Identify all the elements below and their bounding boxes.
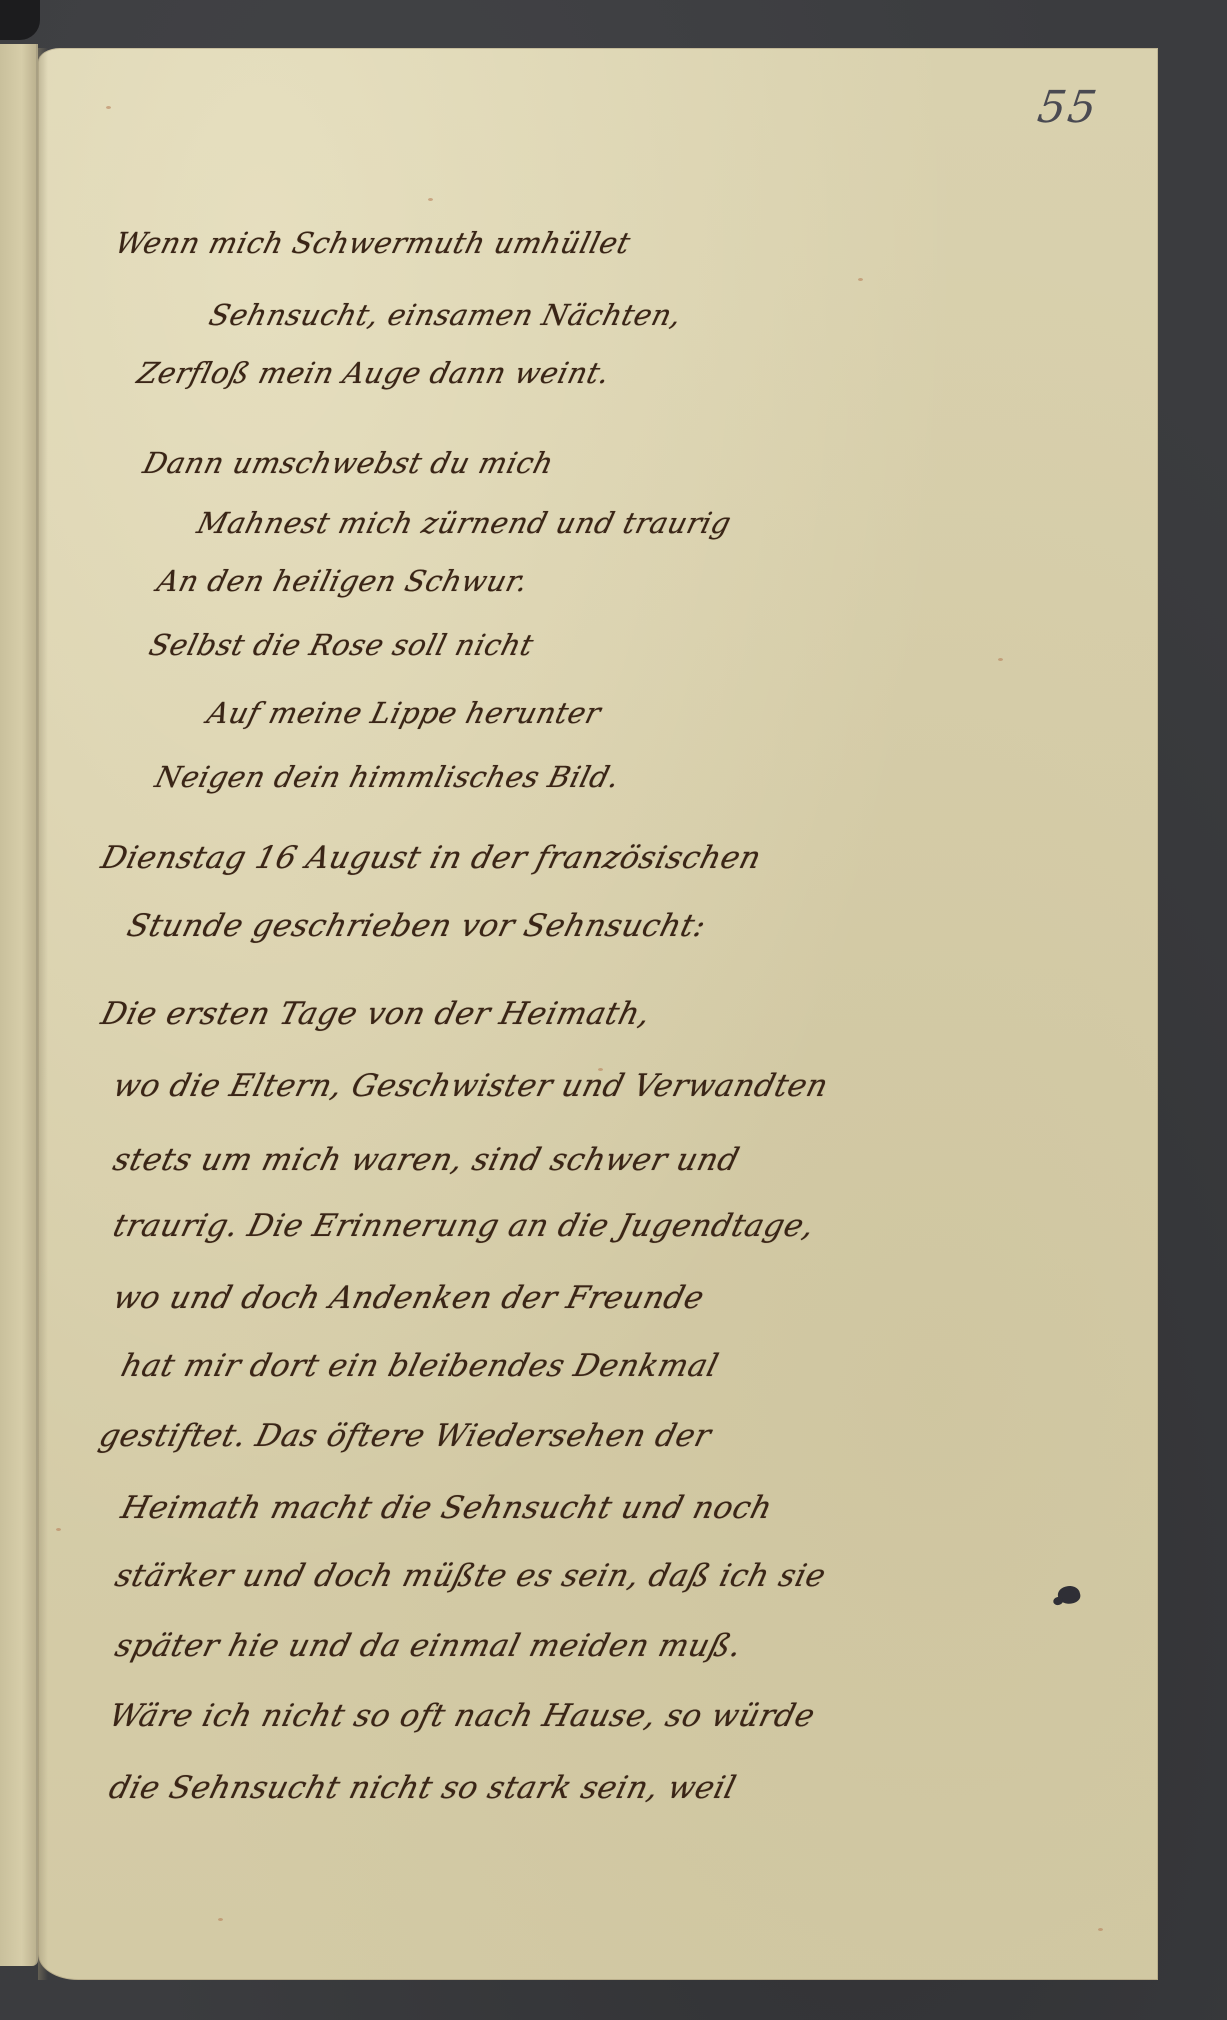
page-number: 55 — [1034, 82, 1101, 133]
entry-body-line: später hie und da einmal meiden muß. — [112, 1628, 746, 1664]
entry-body-line: stärker und doch müßte es sein, daß ich … — [112, 1558, 830, 1594]
entry-body-line: wo und doch Andenken der Freunde — [110, 1280, 708, 1316]
foxing-spot — [998, 658, 1003, 661]
entry-body-line: traurig. Die Erinnerung an die Jugendtag… — [110, 1208, 819, 1244]
foxing-spot — [218, 1918, 223, 1921]
poem-line: Wenn mich Schwermuth umhüllet — [112, 226, 634, 260]
foxing-spot — [106, 106, 111, 109]
binding-clip — [0, 0, 40, 40]
entry-heading-line: Stunde geschrieben vor Sehnsucht: — [124, 908, 710, 944]
entry-body-line: die Sehnsucht nicht so stark sein, weil — [106, 1770, 740, 1806]
entry-body-line: wo die Eltern, Geschwister und Verwandte… — [110, 1068, 832, 1104]
entry-body-line: Die ersten Tage von der Heimath, — [98, 996, 655, 1032]
entry-body-line: Wäre ich nicht so oft nach Hause, so wür… — [106, 1698, 819, 1734]
page-shadow-edge — [38, 48, 48, 1980]
ink-blot — [1056, 1583, 1082, 1606]
entry-heading-line: Dienstag 16 August in der französischen — [98, 840, 765, 876]
poem-line: Zerfloß mein Auge dann weint. — [134, 356, 614, 390]
previous-page-edge — [0, 44, 38, 1966]
entry-body-line: stets um mich waren, sind schwer und — [110, 1142, 744, 1178]
entry-body-line: hat mir dort ein bleibendes Denkmal — [118, 1348, 723, 1384]
poem-line: Sehnsucht, einsamen Nächten, — [206, 298, 686, 332]
manuscript-page: 55 Wenn mich Schwermuth umhüllet Sehnsuc… — [38, 48, 1158, 1980]
poem-line: Neigen dein himmlisches Bild. — [152, 760, 624, 794]
poem-line: Auf meine Lippe herunter — [204, 696, 605, 730]
poem-line: Selbst die Rose soll nicht — [146, 628, 538, 662]
entry-body-line: gestiftet. Das öftere Wiedersehen der — [96, 1418, 715, 1454]
foxing-spot — [428, 198, 433, 201]
foxing-spot — [858, 278, 863, 281]
entry-body-line: Heimath macht die Sehnsucht und noch — [118, 1490, 777, 1526]
poem-line: An den heiligen Schwur. — [154, 564, 532, 598]
foxing-spot — [1098, 1928, 1103, 1931]
poem-line: Dann umschwebst du mich — [140, 446, 558, 480]
poem-line: Mahnest mich zürnend und traurig — [194, 506, 735, 540]
foxing-spot — [56, 1528, 61, 1531]
